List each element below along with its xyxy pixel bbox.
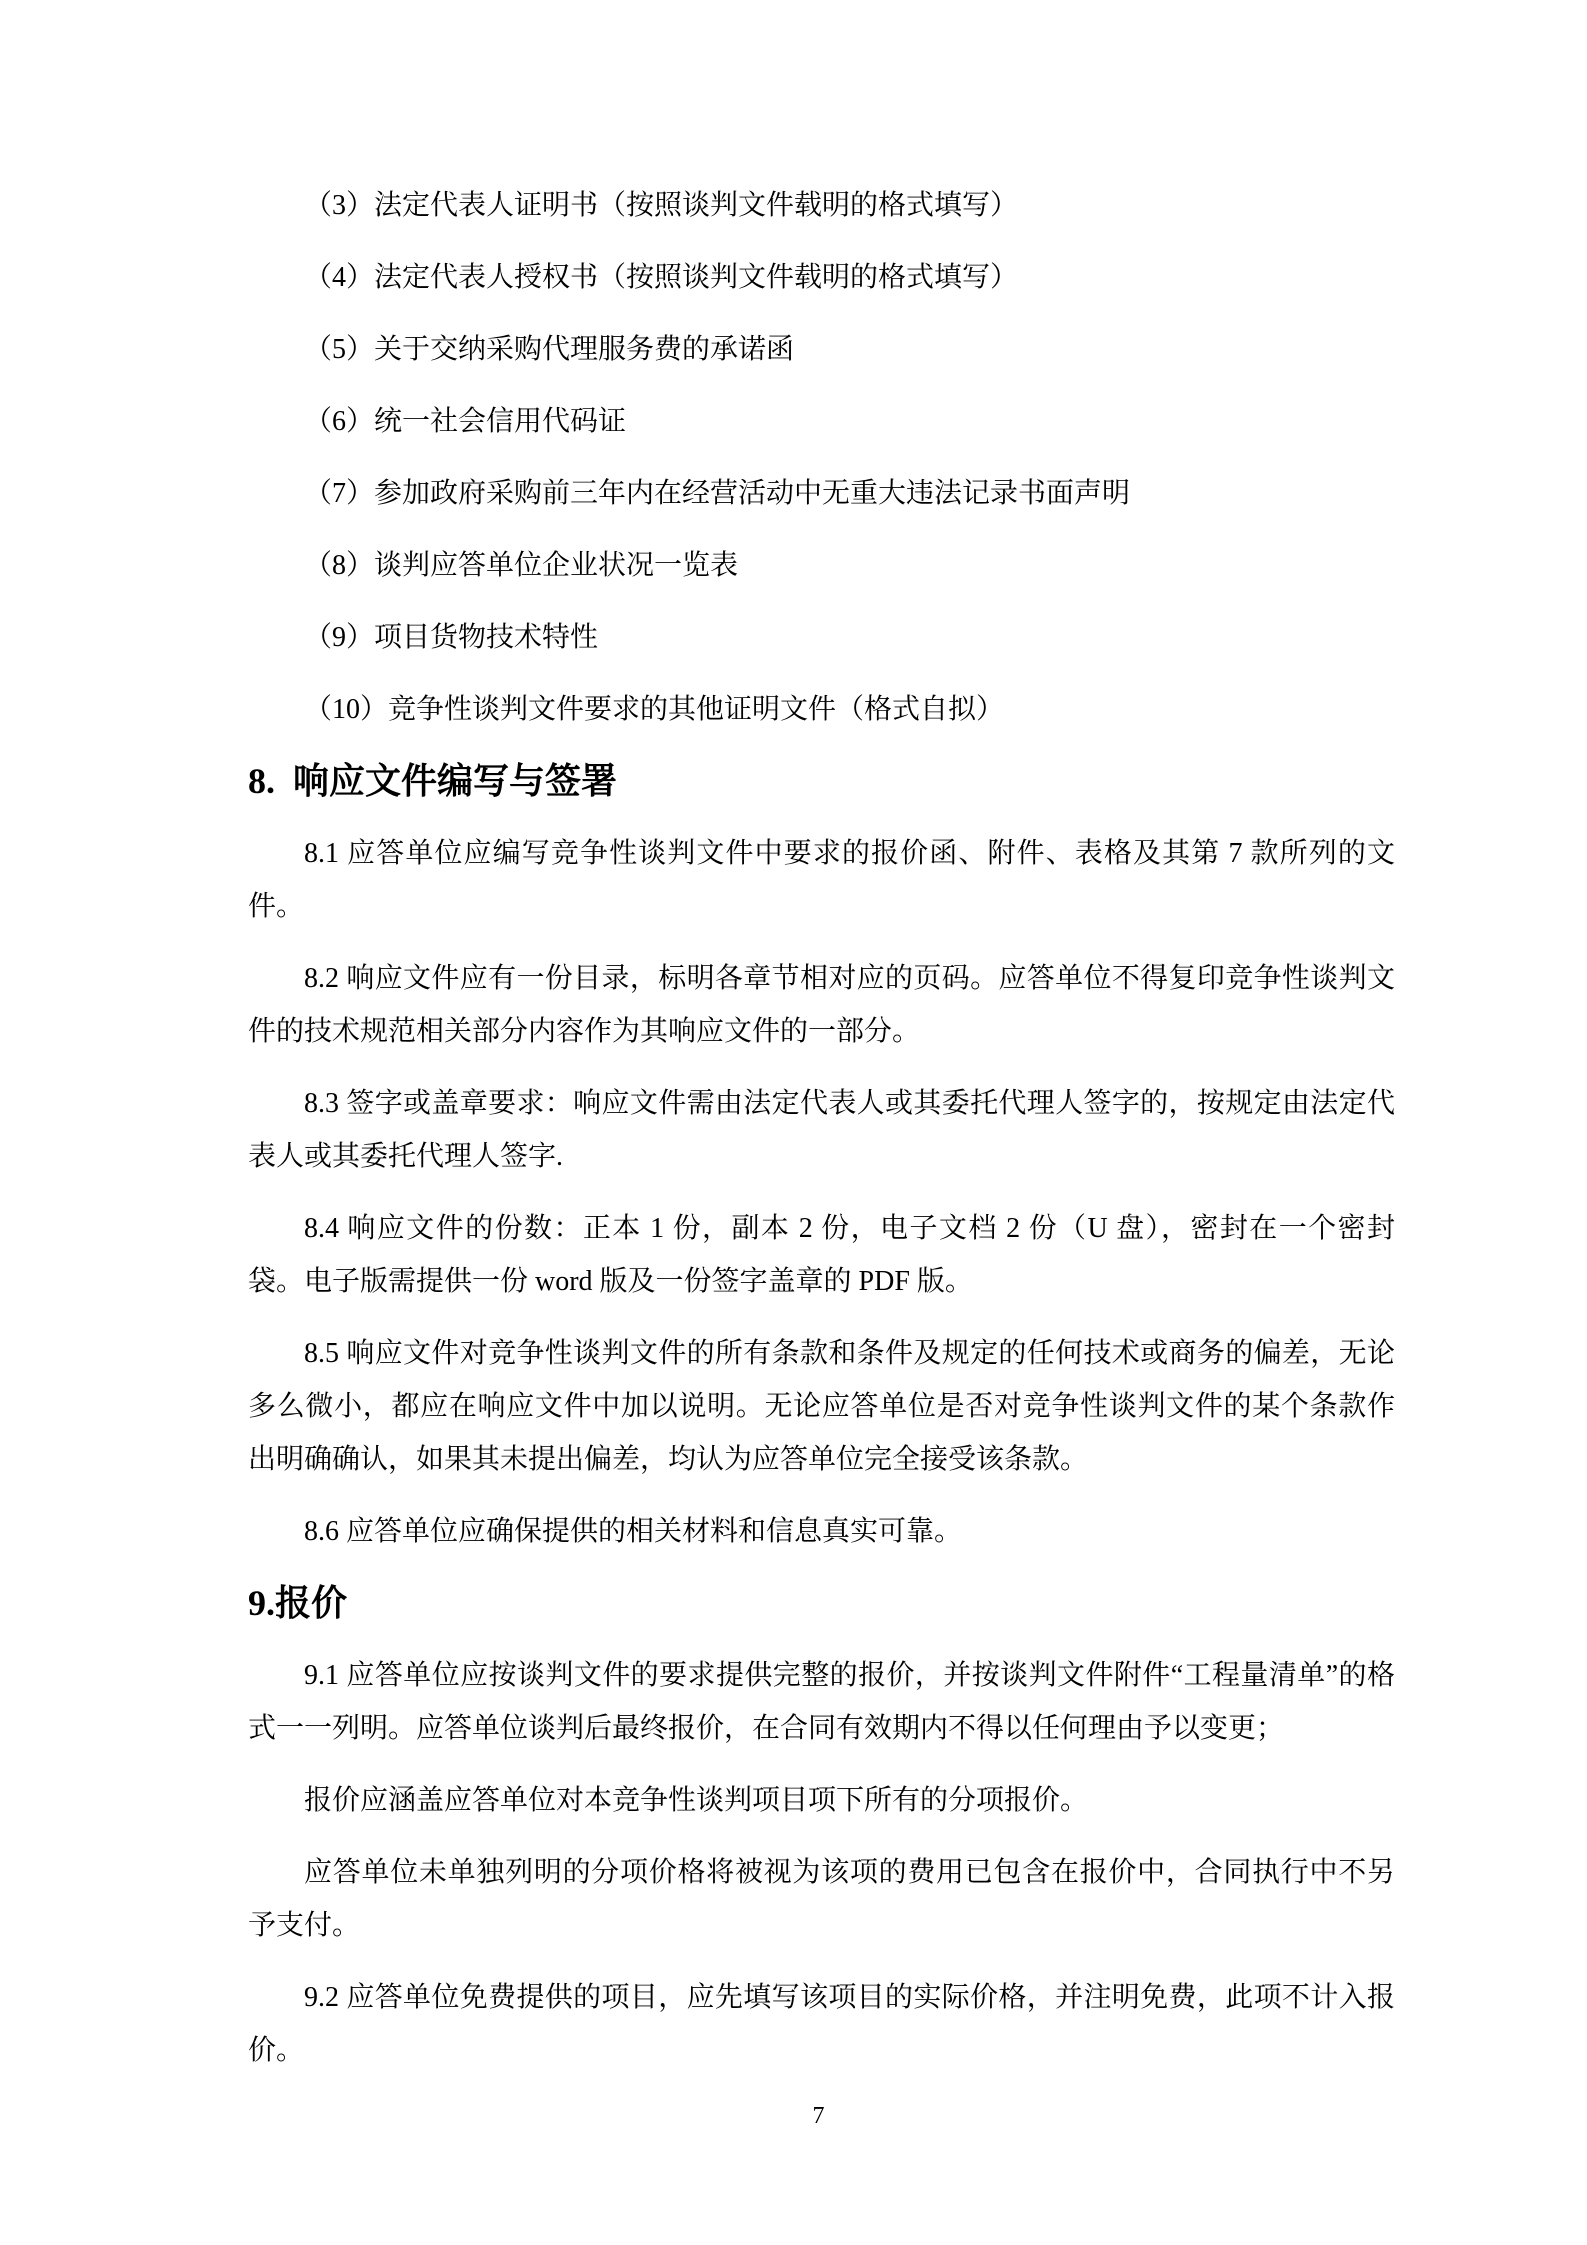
clause-9-2: 9.2 应答单位免费提供的项目，应先填写该项目的实际价格，并注明免费，此项不计入… (248, 1971, 1395, 2077)
clause-9-1: 9.1 应答单位应按谈判文件的要求提供完整的报价，并按谈判文件附件“工程量清单”… (248, 1649, 1395, 1755)
clause-8-5: 8.5 响应文件对竞争性谈判文件的所有条款和条件及规定的任何技术或商务的偏差，无… (248, 1327, 1395, 1486)
page-body: （3）法定代表人证明书（按照谈判文件载明的格式填写） （4）法定代表人授权书（按… (248, 179, 1395, 2096)
attachment-item-5: （5）关于交纳采购代理服务费的承诺函 (248, 323, 1395, 376)
attachment-item-6: （6）统一社会信用代码证 (248, 395, 1395, 448)
attachment-item-10: （10）竞争性谈判文件要求的其他证明文件（格式自拟） (248, 683, 1395, 736)
attachment-item-3: （3）法定代表人证明书（按照谈判文件载明的格式填写） (248, 179, 1395, 232)
clause-8-2: 8.2 响应文件应有一份目录，标明各章节相对应的页码。应答单位不得复印竞争性谈判… (248, 952, 1395, 1058)
clause-9-1-unlisted: 应答单位未单独列明的分项价格将被视为该项的费用已包含在报价中，合同执行中不另予支… (248, 1846, 1395, 1952)
attachment-item-4: （4）法定代表人授权书（按照谈判文件载明的格式填写） (248, 251, 1395, 304)
section-heading-9: 9.报价 (248, 1577, 1395, 1630)
attachment-item-8: （8）谈判应答单位企业状况一览表 (248, 539, 1395, 592)
clause-8-3: 8.3 签字或盖章要求：响应文件需由法定代表人或其委托代理人签字的，按规定由法定… (248, 1077, 1395, 1183)
clause-8-6: 8.6 应答单位应确保提供的相关材料和信息真实可靠。 (248, 1505, 1395, 1558)
attachment-item-7: （7）参加政府采购前三年内在经营活动中无重大违法记录书面声明 (248, 467, 1395, 520)
page-number: 7 (25, 2100, 1587, 2132)
section-heading-8: 8. 响应文件编写与签署 (248, 755, 1395, 808)
clause-8-4: 8.4 响应文件的份数：正本 1 份，副本 2 份，电子文档 2 份（U 盘），… (248, 1202, 1395, 1308)
clause-8-1: 8.1 应答单位应编写竞争性谈判文件中要求的报价函、附件、表格及其第 7 款所列… (248, 827, 1395, 933)
clause-9-1-scope: 报价应涵盖应答单位对本竞争性谈判项目项下所有的分项报价。 (248, 1774, 1395, 1827)
document-page: （3）法定代表人证明书（按照谈判文件载明的格式填写） （4）法定代表人授权书（按… (0, 0, 1587, 2245)
attachment-item-9: （9）项目货物技术特性 (248, 611, 1395, 664)
